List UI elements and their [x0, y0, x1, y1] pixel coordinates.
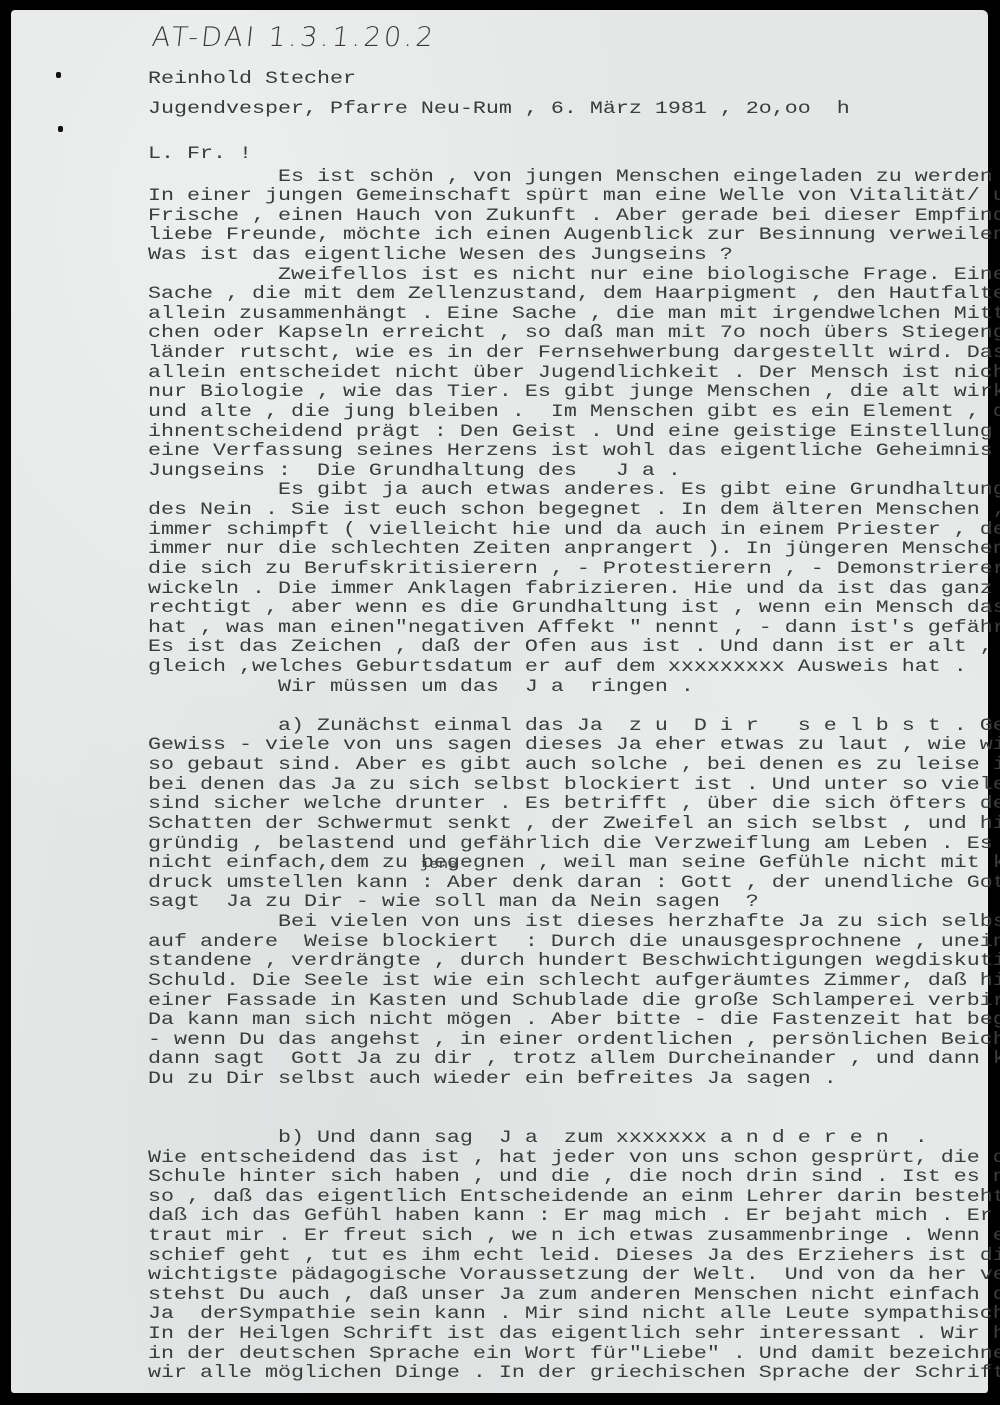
body-text-line: Bei vielen von uns ist dieses herzhafte …	[148, 913, 1000, 933]
author-name: Reinhold Stecher	[148, 70, 356, 90]
body-text-line: Es ist schön , von jungen Menschen einge…	[148, 168, 1000, 188]
punch-hole-mark	[56, 72, 61, 78]
archive-signature: AT-DAI 1.3.1.20.2	[150, 22, 437, 53]
body-text-line: chen oder Kapseln erreicht , so daß man …	[148, 324, 1000, 344]
body-text-line: sagt Ja zu Dir - wie soll man da Nein sa…	[148, 893, 759, 913]
body-text-line: und alte , die jung bleiben . Im Mensche…	[148, 403, 1000, 423]
body-text-line: allein zusammenhängt . Eine Sache , die …	[148, 305, 1000, 325]
body-text-line: wickeln . Die immer Anklagen fabrizieren…	[148, 580, 1000, 600]
body-text-line: Zweifellos ist es nicht nur eine biologi…	[148, 266, 1000, 286]
body-text-line: bei denen das Ja zu sich selbst blockier…	[148, 776, 1000, 796]
body-text-line: gleich ,welches Geburtsdatum er auf dem …	[148, 658, 967, 678]
body-text-line: Ja derSympathie sein kann . Mir sind nic…	[148, 1305, 1000, 1325]
body-text-line: Sache , die mit dem Zellenzustand, dem H…	[148, 285, 1000, 305]
body-text-line: allein entscheidet nicht über Jugendlich…	[148, 364, 1000, 384]
body-text-line: einer Fassade in Kasten und Schublade di…	[148, 992, 1000, 1012]
body-text-line: so , daß das eigentlich Entscheidende an…	[148, 1188, 1000, 1208]
body-text-line: hat , was man einen"negativen Affekt " n…	[148, 619, 1000, 639]
body-text-line: wichtigste pädagogische Voraussetzung de…	[148, 1266, 1000, 1286]
body-text-line: Was ist das eigentliche Wesen des Jungse…	[148, 246, 733, 266]
body-text-line: Es gibt ja auch etwas anderes. Es gibt e…	[148, 481, 1000, 501]
salutation: L. Fr. !	[148, 145, 252, 165]
body-text-line: Es ist das Zeichen , daß der Ofen aus is…	[148, 638, 1000, 658]
body-text-line: Frische , einen Hauch von Zukunft . Aber…	[148, 207, 1000, 227]
body-text-line: nicht einfach,dem zu begegnen , weil man…	[148, 854, 1000, 874]
body-text-line: druck umstellen kann : Aber denk daran :…	[148, 874, 1000, 894]
body-text-line: rechtigt , aber wenn es die Grundhaltung…	[148, 599, 1000, 619]
body-text-line: sind sicher welche drunter . Es betrifft…	[148, 795, 1000, 815]
body-text-line: schief geht , tut es ihm echt leid. Dies…	[148, 1247, 1000, 1267]
body-text-line: Da kann man sich nicht mögen . Aber bitt…	[148, 1011, 1000, 1031]
body-text-line: In der Heilgen Schrift ist das eigentlic…	[148, 1325, 1000, 1345]
interlinear-insert: jene	[420, 857, 457, 872]
punch-hole-mark	[58, 126, 63, 132]
body-text-line: in der deutschen Sprache ein Wort für"Li…	[148, 1345, 1000, 1365]
body-text-line: Schatten der Schwermut senkt , der Zweif…	[148, 815, 1000, 835]
body-text-line: immer nur die schlechten Zeiten anprange…	[148, 540, 1000, 560]
body-text-line: a) Zunächst einmal das Ja z u D i r s e …	[148, 717, 1000, 737]
body-text-line: Wir müssen um das J a ringen .	[148, 678, 694, 698]
body-text-line: Schule hinter sich haben , und die , die…	[148, 1168, 1000, 1188]
body-text-line: - wenn Du das angehst , in einer ordentl…	[148, 1031, 1000, 1051]
body-text-line: immer schimpft ( vielleicht hie und da a…	[148, 521, 1000, 541]
body-text-line: so gebaut sind. Aber es gibt auch solche…	[148, 756, 1000, 776]
body-text-line: nur Biologie , wie das Tier. Es gibt jun…	[148, 383, 1000, 403]
body-text-line: traut mir . Er freut sich , we n ich etw…	[148, 1227, 1000, 1247]
body-text-line: ihnentscheidend prägt : Den Geist . Und …	[148, 423, 1000, 443]
body-text-line: auf andere Weise blockiert : Durch die u…	[148, 933, 1000, 953]
body-text-line: liebe Freunde, möchte ich einen Augenbli…	[148, 226, 1000, 246]
body-text-line: standene , verdrängte , durch hundert Be…	[148, 952, 1000, 972]
body-text-line: b) Und dann sag J a zum xxxxxxx a n d e …	[148, 1129, 928, 1149]
body-text-line: des Nein . Sie ist euch schon begegnet .…	[148, 501, 1000, 521]
body-text-line: gründig , belastend und gefährlich die V…	[148, 835, 1000, 855]
body-text-line: Schuld. Die Seele ist wie ein schlecht a…	[148, 972, 1000, 992]
body-text-line: länder rutscht, wie es in der Fernsehwer…	[148, 344, 1000, 364]
body-text-line: wir alle möglichen Dinge . In der griech…	[148, 1364, 1000, 1384]
body-text-line: Gewiss - viele von uns sagen dieses Ja e…	[148, 736, 1000, 756]
body-text-line: stehst Du auch , daß unser Ja zum andere…	[148, 1286, 1000, 1306]
body-text-line: die sich zu Berufskritisierern , - Prote…	[148, 560, 1000, 580]
occasion-line: Jugendvesper, Pfarre Neu-Rum , 6. März 1…	[148, 100, 850, 120]
body-text-line: Du zu Dir selbst auch wieder ein befreit…	[148, 1070, 837, 1090]
body-text-line: eine Verfassung seines Herzens ist wohl …	[148, 442, 1000, 462]
body-text-line: Jungseins : Die Grundhaltung des J a .	[148, 462, 681, 482]
body-text-line: dann sagt Gott Ja zu dir , trotz allem D…	[148, 1050, 1000, 1070]
body-text-line: In einer jungen Gemeinschaft spürt man e…	[148, 187, 1000, 207]
body-text-line: daß ich das Gefühl haben kann : Er mag m…	[148, 1207, 1000, 1227]
body-text-line: Wie entscheidend das ist , hat jeder von…	[148, 1149, 1000, 1169]
